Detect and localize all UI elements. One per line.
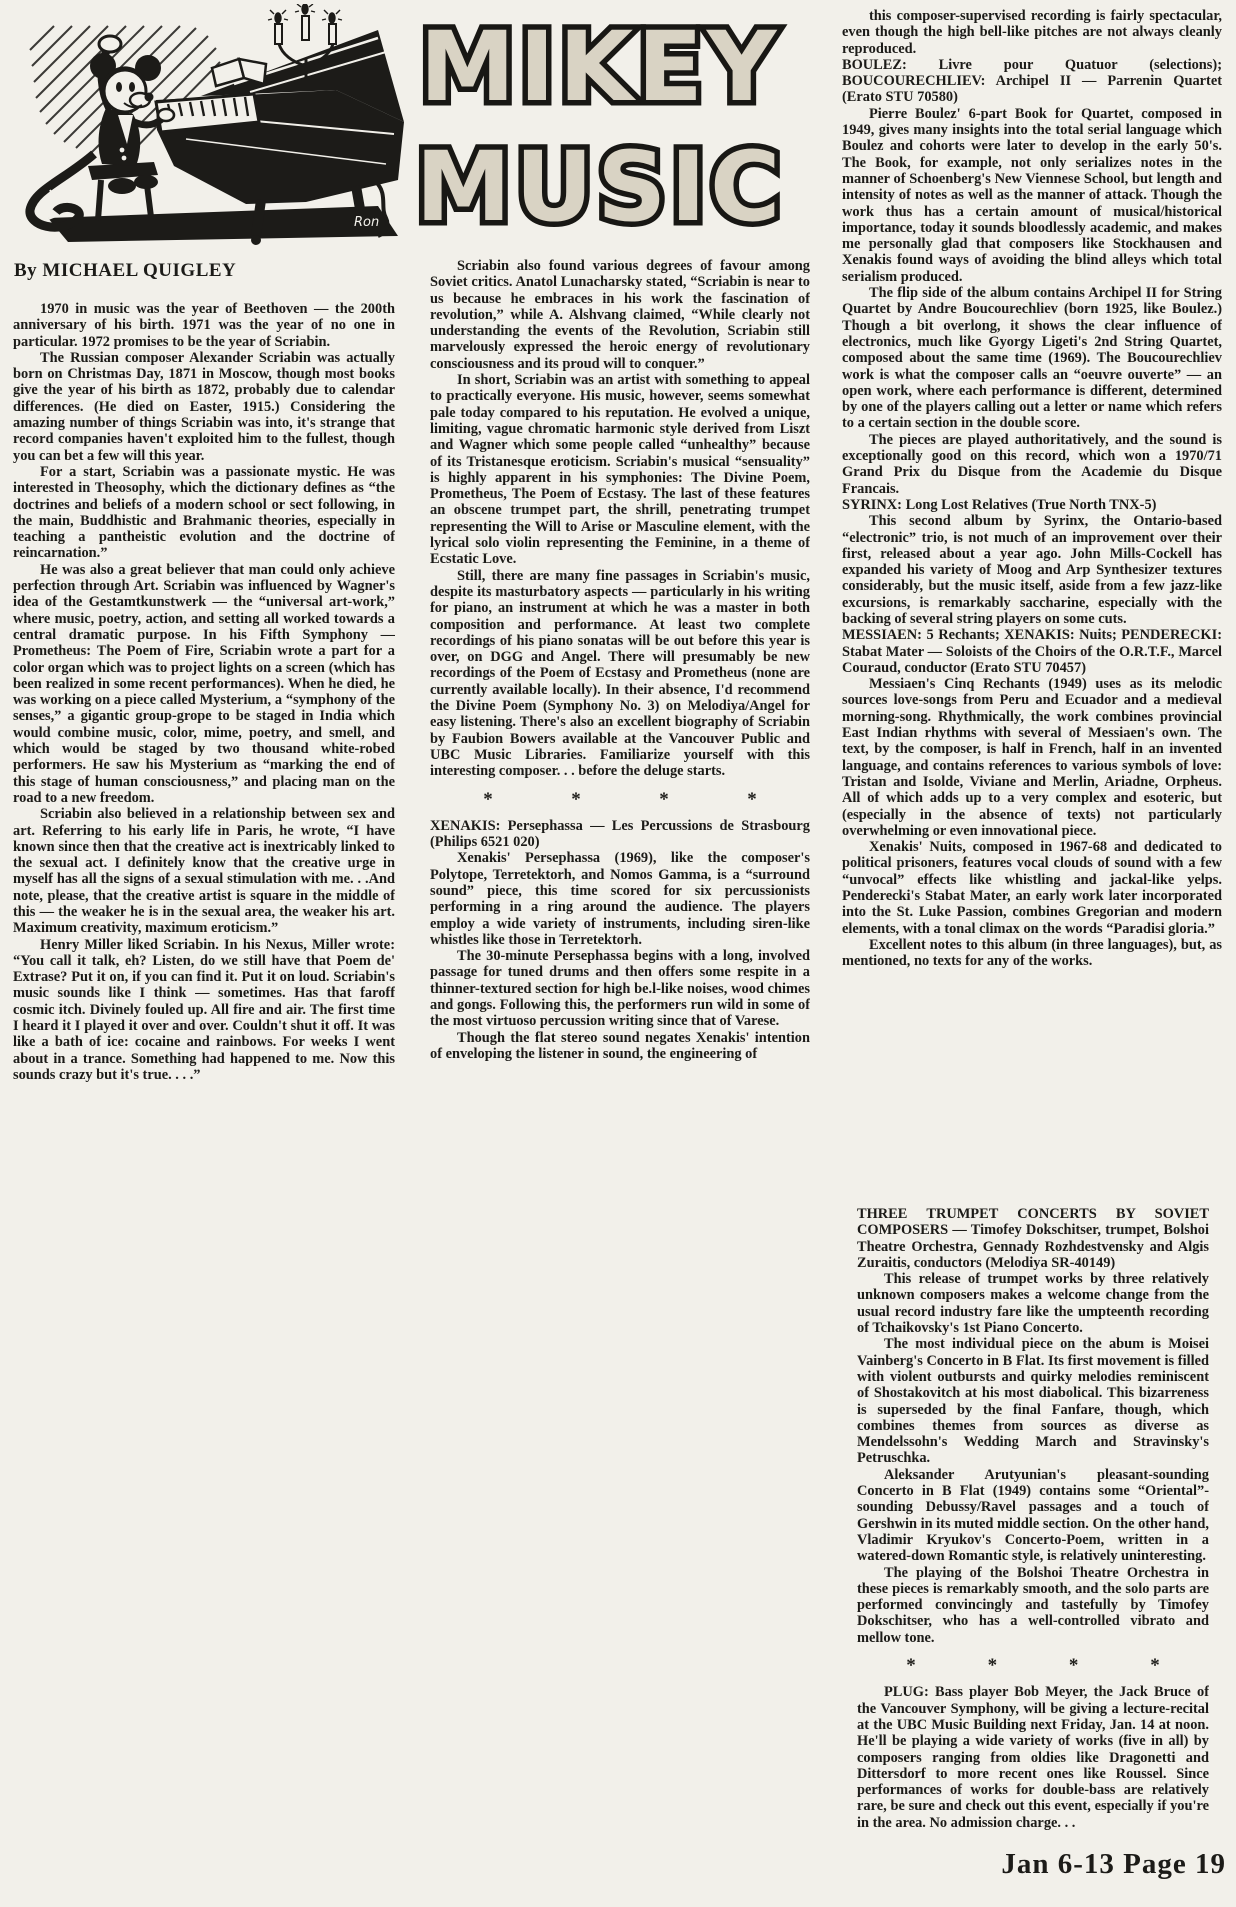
asterisk: * <box>483 792 493 808</box>
paragraph: Messiaen's Cinq Rechants (1949) uses as … <box>842 676 1222 839</box>
paragraph: Though the flat stereo sound negates Xen… <box>430 1030 810 1063</box>
byline: By MICHAEL QUIGLEY <box>14 260 404 282</box>
asterisk: * <box>747 792 757 808</box>
page-date-number: Jan 6-13 Page 19 <box>826 1848 1226 1881</box>
paragraph: The flip side of the album contains Arch… <box>842 285 1222 432</box>
asterisk: * <box>1069 1658 1079 1674</box>
record-listing-boulez: BOULEZ: Livre pour Quatuor (selections);… <box>842 57 1222 106</box>
paragraph: Scriabin also believed in a relationship… <box>13 806 395 936</box>
newspaper-page: Ron MIKEY MUSIC By MICHAEL QUIGLEY 1970 … <box>0 0 1236 1907</box>
asterisk: * <box>659 792 669 808</box>
record-listing-messiaen: MESSIAEN: 5 Rechants; XENAKIS: Nuits; PE… <box>842 627 1222 676</box>
paragraph: 1970 in music was the year of Beethoven … <box>13 301 395 350</box>
artist-signature: Ron <box>354 215 379 230</box>
paragraph: The Russian composer Alexander Scriabin … <box>13 350 395 464</box>
paragraph: The pieces are played authoritatively, a… <box>842 432 1222 497</box>
paragraph: Pierre Boulez' 6-part Book for Quartet, … <box>842 106 1222 285</box>
paragraph: In short, Scriabin was an artist with so… <box>430 372 810 568</box>
paragraph: This second album by Syrinx, the Ontario… <box>842 513 1222 627</box>
paragraph: For a start, Scriabin was a passionate m… <box>13 464 395 562</box>
paragraph: Henry Miller liked Scriabin. In his Nexu… <box>13 937 395 1084</box>
column-title-art: MIKEY MUSIC <box>404 4 796 246</box>
article-column-3-lower: THREE TRUMPET CONCERTS BY SOVIET COMPOSE… <box>857 1206 1209 1852</box>
paragraph-plug: PLUG: Bass player Bob Meyer, the Jack Br… <box>857 1684 1209 1831</box>
asterisk-separator: * * * * <box>906 1658 1159 1674</box>
paragraph: Xenakis' Nuits, composed in 1967-68 and … <box>842 839 1222 937</box>
mouse-tail <box>30 154 94 227</box>
record-listing-xenakis: XENAKIS: Persephassa — Les Percussions d… <box>430 818 810 851</box>
article-column-1: 1970 in music was the year of Beethoven … <box>13 301 395 1213</box>
asterisk: * <box>906 1658 916 1674</box>
paragraph: He was also a great believer that man co… <box>13 562 395 806</box>
paragraph: Still, there are many fine passages in S… <box>430 568 810 780</box>
asterisk: * <box>1150 1658 1160 1674</box>
paragraph: This release of trumpet works by three r… <box>857 1271 1209 1336</box>
asterisk: * <box>988 1658 998 1674</box>
record-listing-syrinx: SYRINX: Long Lost Relatives (True North … <box>842 497 1222 513</box>
paragraph: The playing of the Bolshoi Theatre Orche… <box>857 1565 1209 1646</box>
paragraph: The most individual piece on the abum is… <box>857 1336 1209 1466</box>
paragraph: The 30-minute Persephassa begins with a … <box>430 948 810 1029</box>
paragraph: Scriabin also found various degrees of f… <box>430 258 810 372</box>
paragraph: Xenakis' Persephassa (1969), like the co… <box>430 850 810 948</box>
title-line-2: MUSIC <box>416 131 785 243</box>
paragraph: Aleksander Arutyunian's pleasant-soundin… <box>857 1467 1209 1565</box>
asterisk-separator: * * * * <box>483 792 757 808</box>
asterisk: * <box>571 792 581 808</box>
record-listing-trumpet-concerts: THREE TRUMPET CONCERTS BY SOVIET COMPOSE… <box>857 1206 1209 1271</box>
article-column-3: this composer-supervised recording is fa… <box>842 8 1222 1202</box>
title-line-1: MIKEY <box>420 11 781 123</box>
article-column-2: Scriabin also found various degrees of f… <box>430 258 810 1240</box>
paragraph: Excellent notes to this album (in three … <box>842 937 1222 970</box>
mouse-piano-cartoon-illustration: Ron <box>6 4 408 254</box>
paragraph: this composer-supervised recording is fa… <box>842 8 1222 57</box>
